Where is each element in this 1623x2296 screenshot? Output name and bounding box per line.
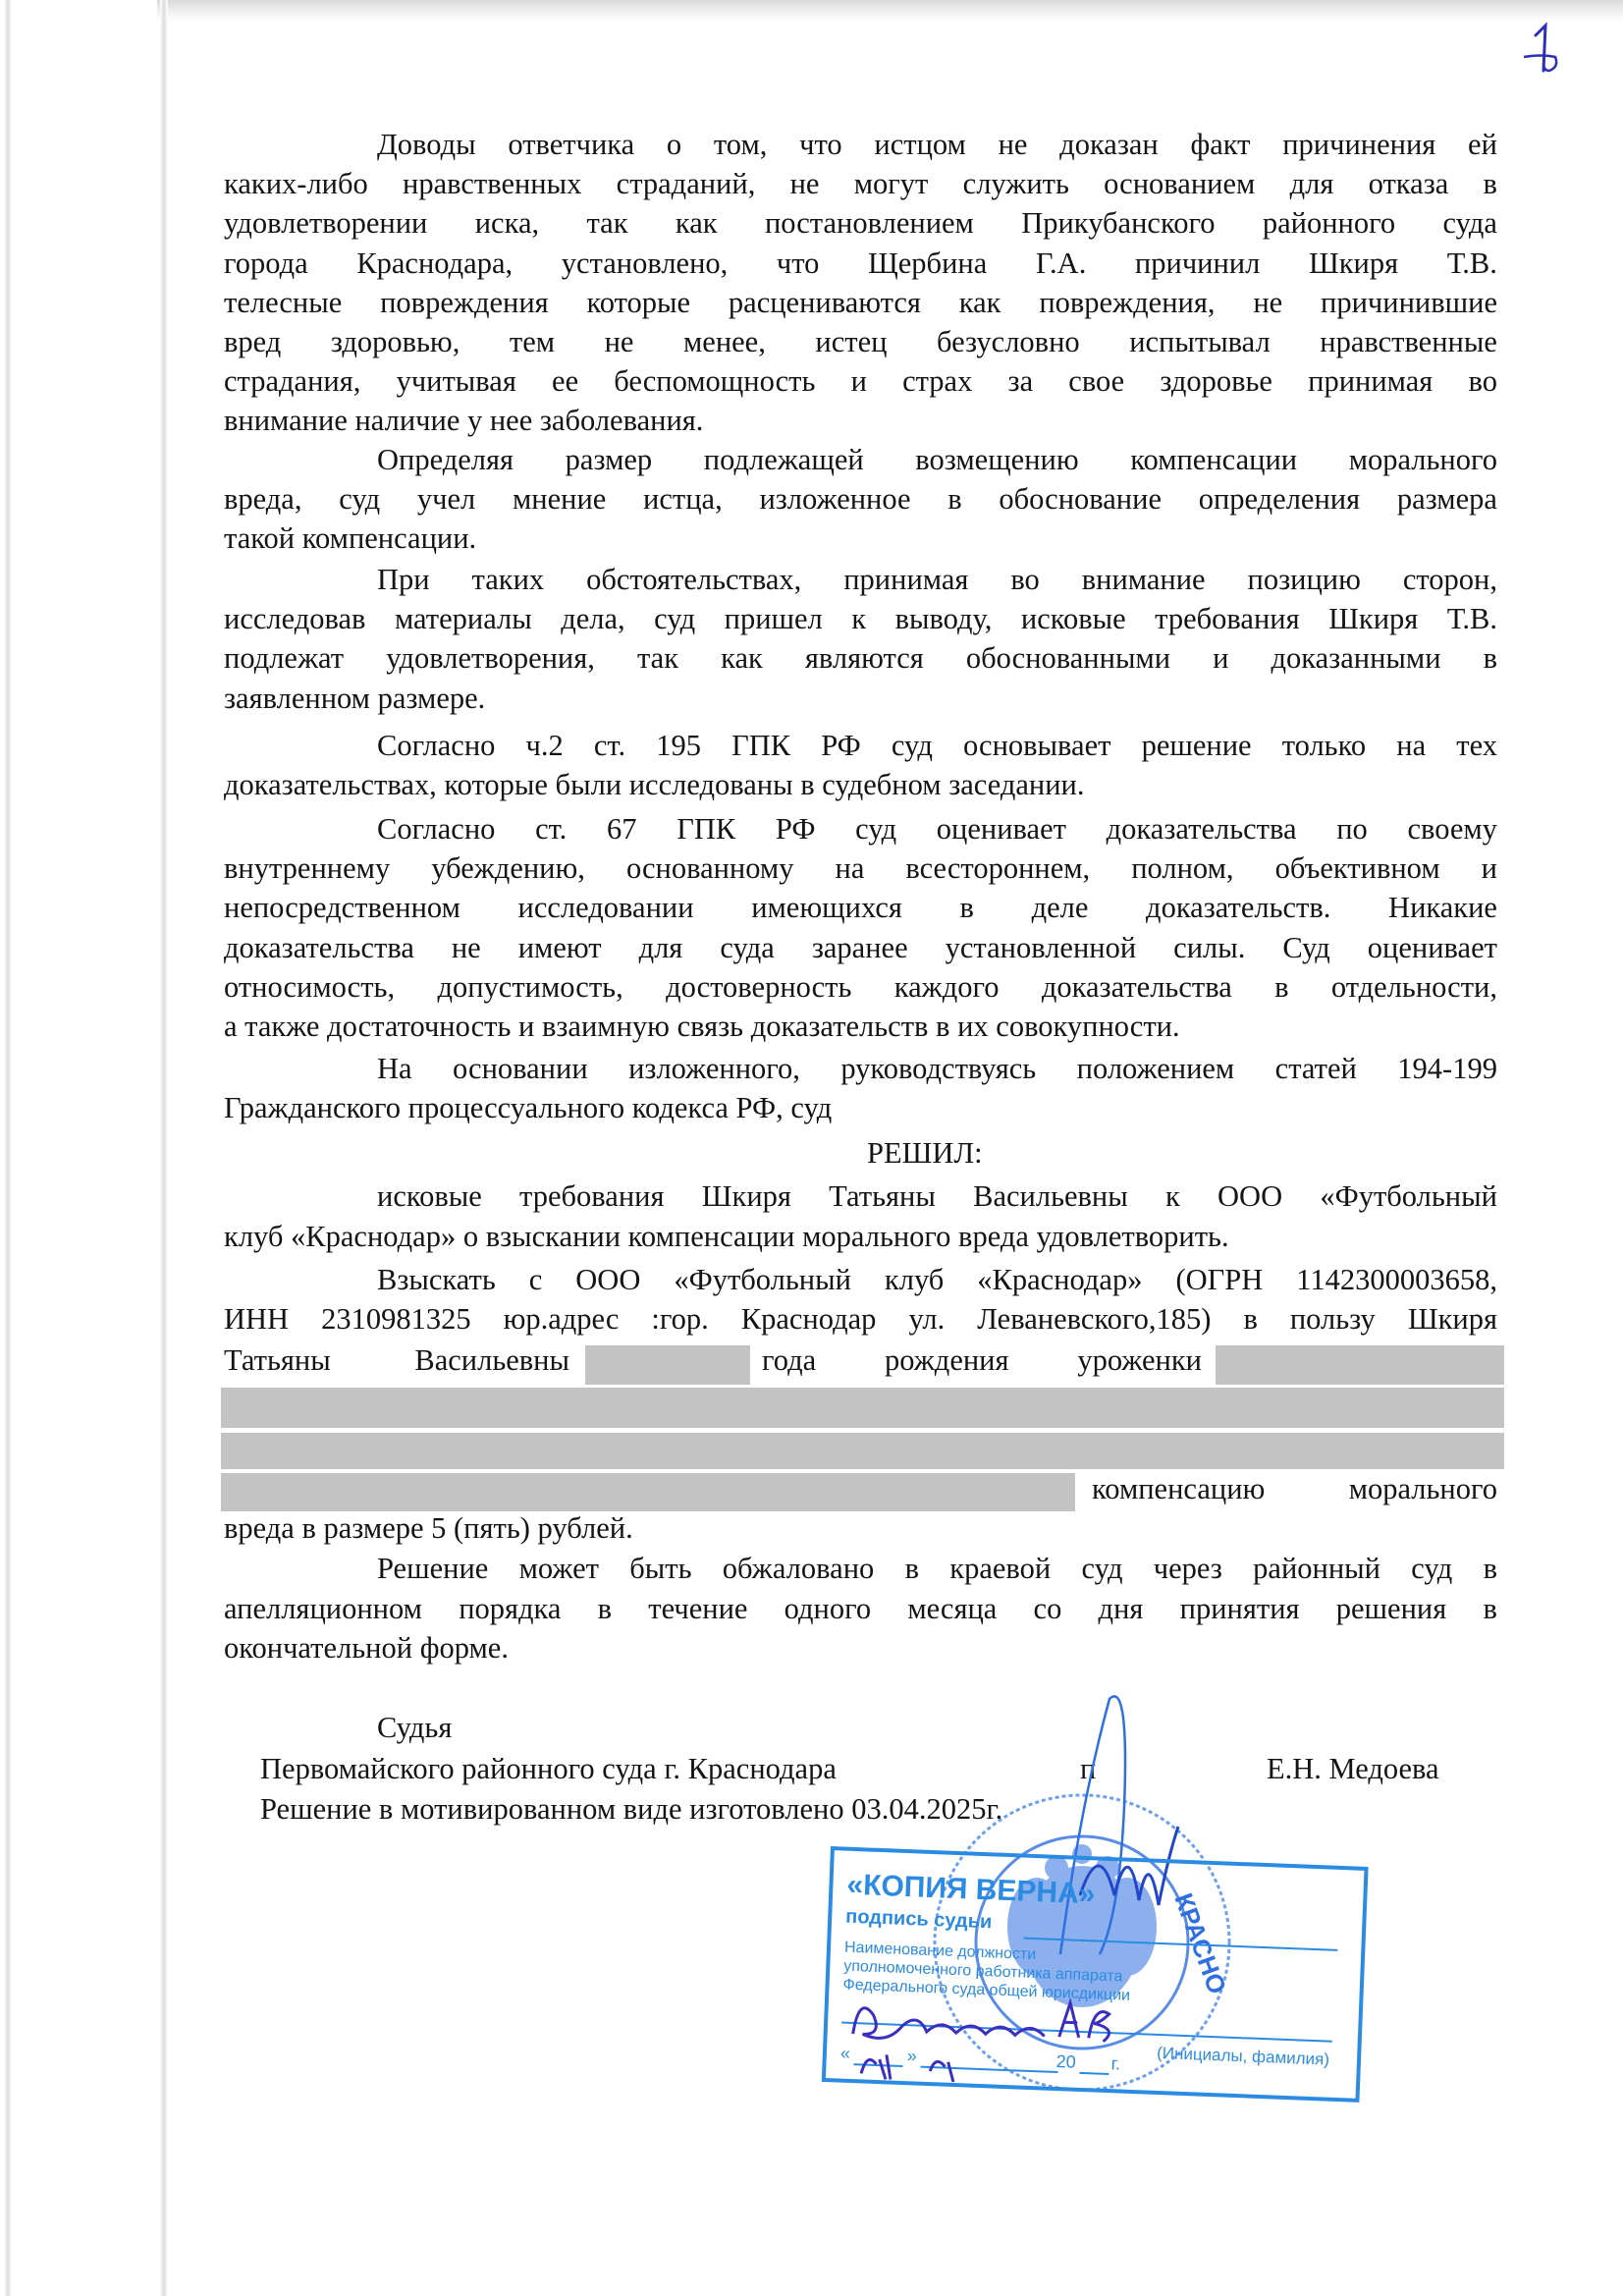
word: в [1484, 641, 1497, 675]
word: Доводы [377, 128, 476, 161]
text-line: вреда,судучелмнениеистца,изложенноевобос… [224, 482, 1497, 516]
text-line: Доводыответчикаотом,чтоистцомнедоказанфа… [377, 128, 1497, 161]
text-line: окончательной форме. [224, 1631, 509, 1665]
word: менее, [683, 325, 766, 358]
word: иска, [475, 206, 539, 240]
word: безусловно [937, 325, 1080, 358]
word: каких-либо [224, 167, 368, 200]
word: установленной [946, 931, 1137, 964]
word: основанному [626, 851, 794, 885]
word: Никакие [1388, 891, 1497, 924]
word: не [999, 128, 1028, 161]
word: Васильевны [414, 1343, 569, 1377]
word: не [605, 325, 634, 358]
word: основании [453, 1052, 588, 1085]
word: оценивает [1368, 931, 1497, 964]
word: являются [805, 641, 924, 675]
word: течение [648, 1592, 747, 1625]
word: страданий, [617, 167, 756, 200]
word: районного [1263, 206, 1395, 240]
word: ст. [594, 729, 625, 762]
word: доказательства [1107, 812, 1297, 846]
text-line: клуб «Краснодар» о взыскании компенсации… [224, 1220, 1229, 1253]
word: решения [1336, 1592, 1446, 1625]
word: морального [1349, 443, 1497, 476]
word: краевой [949, 1552, 1051, 1585]
word: и [1213, 641, 1228, 675]
word: ей [1468, 128, 1497, 161]
word: компенсацию [1092, 1472, 1265, 1505]
text-line: вреда в размере 5 (пять) рублей. [224, 1511, 633, 1545]
word: в [947, 482, 961, 516]
word: Прикубанского [1021, 206, 1215, 240]
word: Щербина [868, 246, 987, 280]
word: на [1396, 729, 1426, 762]
scan-edge-line [160, 0, 168, 2296]
word: компенсации [1130, 443, 1297, 476]
word: 2310981325 [321, 1302, 471, 1336]
word: ООО [575, 1263, 640, 1296]
word: Шкиря [1328, 602, 1418, 635]
word: деле [1032, 891, 1089, 924]
word: заранее [812, 931, 908, 964]
word: Решение [377, 1552, 488, 1585]
word: уроженки [1077, 1343, 1202, 1377]
word: возмещению [915, 443, 1078, 476]
text-line: апелляционномпорядкавтечениеодногомесяца… [224, 1592, 1497, 1625]
word: 67 [607, 812, 637, 846]
text-line: вредздоровью,темнеменее,истецбезусловнои… [224, 325, 1497, 358]
scan-edge-line [4, 0, 12, 2296]
word: :гор. [651, 1302, 708, 1336]
word: через [1154, 1552, 1222, 1585]
word: ее [552, 364, 578, 398]
word: принятия [1180, 1592, 1300, 1625]
word: «Футбольный [674, 1263, 851, 1296]
word: обоснование [999, 482, 1162, 516]
handwritten-certifier-name-icon [841, 1975, 1140, 2094]
scan-shadow [157, 0, 1623, 22]
word: Г.А. [1036, 246, 1086, 280]
certified-copy-stamp: «КОПИЯ ВЕРНА» подпись судьи Наименование… [821, 1846, 1380, 2112]
word: как [721, 641, 763, 675]
word: 194-199 [1397, 1052, 1497, 1085]
word: Т.В. [1447, 602, 1497, 635]
word: РФ [776, 812, 816, 846]
word: тех [1456, 729, 1497, 762]
text-line: Гражданского процессуального кодекса РФ,… [224, 1091, 832, 1124]
word: для [639, 931, 683, 964]
word: Васильевны [973, 1179, 1128, 1213]
word: основывает [963, 729, 1110, 762]
word: отдельности, [1331, 970, 1497, 1004]
word: не [452, 931, 481, 964]
word: внимание [1082, 563, 1206, 596]
word: статей [1275, 1052, 1357, 1085]
word: обжаловано [723, 1552, 874, 1585]
word: во [1469, 364, 1497, 398]
word: (ОГРН [1175, 1263, 1263, 1296]
text-line: РЕШИЛ: [867, 1136, 983, 1170]
word: изложенное [759, 482, 910, 516]
word: допустимость, [437, 970, 622, 1004]
word: подлежат [224, 641, 344, 675]
word: определения [1199, 482, 1360, 516]
word: свое [1068, 364, 1124, 398]
word: истец [815, 325, 887, 358]
word: достоверность [666, 970, 851, 1004]
word: доказанными [1271, 641, 1441, 675]
word: относимость, [224, 970, 395, 1004]
word: вред [224, 325, 281, 358]
word: месяца [907, 1592, 997, 1625]
word: изложенного, [628, 1052, 800, 1085]
word: в [905, 1552, 919, 1585]
word: непосредственном [224, 891, 460, 924]
text-line: компенсациюморального [1092, 1472, 1497, 1505]
word: тем [510, 325, 555, 358]
word: оценивает [937, 812, 1066, 846]
redaction-birthdate [585, 1345, 750, 1385]
word: мнение [513, 482, 606, 516]
word: в [1484, 167, 1497, 200]
word: Согласно [377, 729, 495, 762]
word: подлежащей [704, 443, 864, 476]
text-line: удовлетворениииска,таккакпостановлениемП… [224, 206, 1497, 240]
word: Шкиря [702, 1179, 791, 1213]
text-line: заявленном размере. [224, 682, 485, 715]
word: дела, [561, 602, 624, 635]
word: силы. [1173, 931, 1245, 964]
redaction-address-line [221, 1388, 1504, 1428]
word: Т.В. [1447, 246, 1497, 280]
word: которые [587, 286, 691, 319]
word: к [851, 602, 866, 635]
word: в [1243, 1302, 1257, 1336]
word: истца, [643, 482, 723, 516]
word: размера [1397, 482, 1497, 516]
word: во [1010, 563, 1039, 596]
word: ГПК [676, 812, 735, 846]
word: суд [339, 482, 380, 516]
text-line: страдания,учитываяеебеспомощностьистрахз… [224, 364, 1497, 398]
redaction-address-line [221, 1433, 1504, 1469]
word: истцом [874, 128, 965, 161]
word: постановлением [765, 206, 974, 240]
word: суд [1081, 1552, 1122, 1585]
word: ИНН [224, 1302, 289, 1336]
word: РФ [821, 729, 861, 762]
text-line: Согласност.67ГПКРФсудоцениваетдоказатель… [377, 812, 1497, 846]
word: может [519, 1552, 599, 1585]
word: дня [1099, 1592, 1144, 1625]
word: удовлетворении [224, 206, 427, 240]
word: могут [854, 167, 929, 200]
word: апелляционном [224, 1592, 422, 1625]
word: имеющихся [751, 891, 902, 924]
word: суд [654, 602, 695, 635]
word: учитывая [397, 364, 516, 398]
word: Суд [1282, 931, 1329, 964]
word: имеют [518, 931, 602, 964]
document-page: Доводыответчикаотом,чтоистцомнедоказанфа… [0, 0, 1623, 2296]
word: за [1008, 364, 1034, 398]
word: удовлетворения, [386, 641, 595, 675]
judge-title: Судья [377, 1711, 452, 1744]
word: ст. [535, 812, 567, 846]
redaction-passport-line [221, 1473, 1075, 1511]
word: пришел [725, 602, 823, 635]
text-line: Наоснованииизложенного,руководствуясьпол… [377, 1052, 1497, 1085]
judge-name: Е.Н. Медоева [1267, 1752, 1439, 1785]
word: Краснодар [741, 1302, 877, 1336]
word: нравственных [403, 167, 581, 200]
word: исковые [1021, 602, 1126, 635]
word: требования [1155, 602, 1299, 635]
text-line: ВзыскатьсООО«Футбольныйклуб«Краснодар»(О… [377, 1263, 1497, 1296]
word: пользу [1290, 1302, 1376, 1336]
word: с [529, 1263, 543, 1296]
word: ГПК [731, 729, 790, 762]
text-line: исследовавматериалыдела,судпришелквыводу… [224, 602, 1497, 635]
word: таких [472, 563, 545, 596]
word: установлено, [562, 246, 729, 280]
word: исследовании [518, 891, 694, 924]
word: по [1336, 812, 1368, 846]
text-line: ИНН2310981325юр.адрес:гор.Краснодарул.Ле… [224, 1302, 1497, 1336]
word: районный [1253, 1552, 1380, 1585]
word: суд [855, 812, 896, 846]
word: как [959, 286, 1001, 319]
word: причинившие [1321, 286, 1497, 319]
word: отказа [1369, 167, 1449, 200]
text-line: доказательстванеимеютдлясудазаранееустан… [224, 931, 1497, 964]
word: причинения [1282, 128, 1435, 161]
word: так [586, 206, 627, 240]
word: вреда, [224, 482, 301, 516]
text-line: а также достаточность и взаимную связь д… [224, 1010, 1180, 1043]
word: Краснодара, [356, 246, 513, 280]
word: обоснованными [966, 641, 1170, 675]
word: своему [1407, 812, 1496, 846]
word: нравственные [1320, 325, 1497, 358]
word: не [1253, 286, 1282, 319]
word: обстоятельствах, [586, 563, 801, 596]
text-line: доказательствах, которые были исследован… [224, 768, 1085, 801]
word: выводу, [895, 602, 993, 635]
word: «Футбольный [1320, 1179, 1497, 1213]
word: страх [902, 364, 972, 398]
word: всестороннем, [905, 851, 1090, 885]
word: том, [714, 128, 768, 161]
word: принимая [843, 563, 968, 596]
word: размер [566, 443, 653, 476]
redaction-birthplace [1216, 1345, 1504, 1385]
word: расцениваются [729, 286, 921, 319]
word: рождения [885, 1343, 1009, 1377]
court-name: Первомайского районного суда г. Краснода… [260, 1752, 837, 1785]
word: повреждения, [1039, 286, 1215, 319]
text-line: исковыетребованияШкиряТатьяныВасильевнык… [377, 1179, 1497, 1213]
text-line: непосредственномисследованииимеющихсявде… [224, 891, 1497, 924]
word: клуб [885, 1263, 944, 1296]
word: ч.2 [526, 729, 564, 762]
word: исследовав [224, 602, 365, 635]
word: что [799, 128, 842, 161]
word: страдания, [224, 364, 360, 398]
word: доказательства [1042, 970, 1232, 1004]
word: руководствуясь [840, 1052, 1036, 1085]
word: факт [1190, 128, 1250, 161]
word: ответчика [508, 128, 634, 161]
text-line: Согласноч.2ст.195ГПКРФсудосновываетрешен… [377, 729, 1497, 762]
word: исковые [377, 1179, 482, 1213]
word: 195 [656, 729, 701, 762]
word: со [1034, 1592, 1062, 1625]
word: к [1165, 1179, 1180, 1213]
handwritten-page-number-icon [1520, 22, 1563, 77]
text-line: такой компенсации. [224, 521, 476, 555]
text-line: внимание наличие у нее заболевания. [224, 404, 703, 437]
word: одного [784, 1592, 871, 1625]
word: Шкиря [1309, 246, 1398, 280]
text-line: подлежатудовлетворения,таккакявляютсяобо… [224, 641, 1497, 675]
word: внутреннему [224, 851, 390, 885]
word: основанием [1104, 167, 1255, 200]
word: принимая [1308, 364, 1433, 398]
word: что [777, 246, 820, 280]
word: 1142300003658, [1296, 1263, 1497, 1296]
word: причинил [1135, 246, 1260, 280]
word: так [637, 641, 678, 675]
word: города [224, 246, 308, 280]
word: доказан [1059, 128, 1159, 161]
word: здоровье [1160, 364, 1272, 398]
word: сторон, [1403, 563, 1497, 596]
word: морального [1349, 1472, 1497, 1505]
text-line: каких-либонравственныхстраданий,немогутс… [224, 167, 1497, 200]
word: в [1484, 1552, 1497, 1585]
word: беспомощность [614, 364, 815, 398]
word: повреждения [380, 286, 549, 319]
text-line: относимость,допустимость,достоверностька… [224, 970, 1497, 1004]
word: в [598, 1592, 612, 1625]
word: Татьяны [224, 1343, 331, 1377]
text-line: Притакихобстоятельствах,принимаявовниман… [377, 563, 1497, 596]
word: испытывал [1129, 325, 1271, 358]
word: доказательства [224, 931, 414, 964]
word: При [377, 563, 430, 596]
word: учел [417, 482, 475, 516]
text-line: телесныеповреждениякоторыерасцениваютсяк… [224, 286, 1497, 319]
word: как [676, 206, 718, 240]
word: Леваневского,185) [977, 1302, 1211, 1336]
word: юр.адрес [504, 1302, 620, 1336]
text-line: Решениеможетбытьобжаловановкраевойсудчер… [377, 1552, 1497, 1585]
word: позицию [1248, 563, 1361, 596]
word: Согласно [377, 812, 495, 846]
word: порядка [459, 1592, 561, 1625]
text-line: Определяяразмерподлежащейвозмещениюкомпе… [377, 443, 1497, 476]
text-line: городаКраснодара,установлено,чтоЩербинаГ… [224, 246, 1497, 280]
word: на [836, 851, 865, 885]
word: Татьяны [829, 1179, 936, 1213]
text-line: годарожденияуроженки [762, 1343, 1202, 1377]
word: «Краснодар» [977, 1263, 1142, 1296]
word: в [1274, 970, 1288, 1004]
word: Определяя [377, 443, 514, 476]
word: здоровью, [331, 325, 460, 358]
word: решение [1142, 729, 1252, 762]
word: в [1483, 1592, 1496, 1625]
word: ул. [908, 1302, 945, 1336]
word: для [1290, 167, 1334, 200]
word: суд [1411, 1552, 1452, 1585]
word: материалы [395, 602, 532, 635]
word: ООО [1217, 1179, 1282, 1213]
word: Шкиря [1408, 1302, 1497, 1336]
word: служить [963, 167, 1069, 200]
word: требования [519, 1179, 664, 1213]
word: и [851, 364, 867, 398]
text-line: ТатьяныВасильевны [224, 1343, 569, 1377]
word: о [667, 128, 681, 161]
word: доказательств. [1146, 891, 1330, 924]
word: На [377, 1052, 412, 1085]
word: каждого [894, 970, 1000, 1004]
word: положением [1077, 1052, 1235, 1085]
word: суд [892, 729, 933, 762]
word: Взыскать [377, 1263, 496, 1296]
word: полном, [1131, 851, 1233, 885]
word: не [790, 167, 820, 200]
word: года [762, 1343, 816, 1377]
word: суда [720, 931, 775, 964]
word: телесные [224, 286, 342, 319]
word: только [1282, 729, 1366, 762]
word: объективном [1275, 851, 1440, 885]
text-line: внутреннемуубеждению,основанномунавсесто… [224, 851, 1497, 885]
word: и [1482, 851, 1497, 885]
word: убеждению, [431, 851, 585, 885]
word: в [960, 891, 974, 924]
word: суда [1442, 206, 1497, 240]
reasoned-decision-date: Решение в мотивированном виде изготовлен… [260, 1792, 1002, 1826]
word: быть [629, 1552, 691, 1585]
